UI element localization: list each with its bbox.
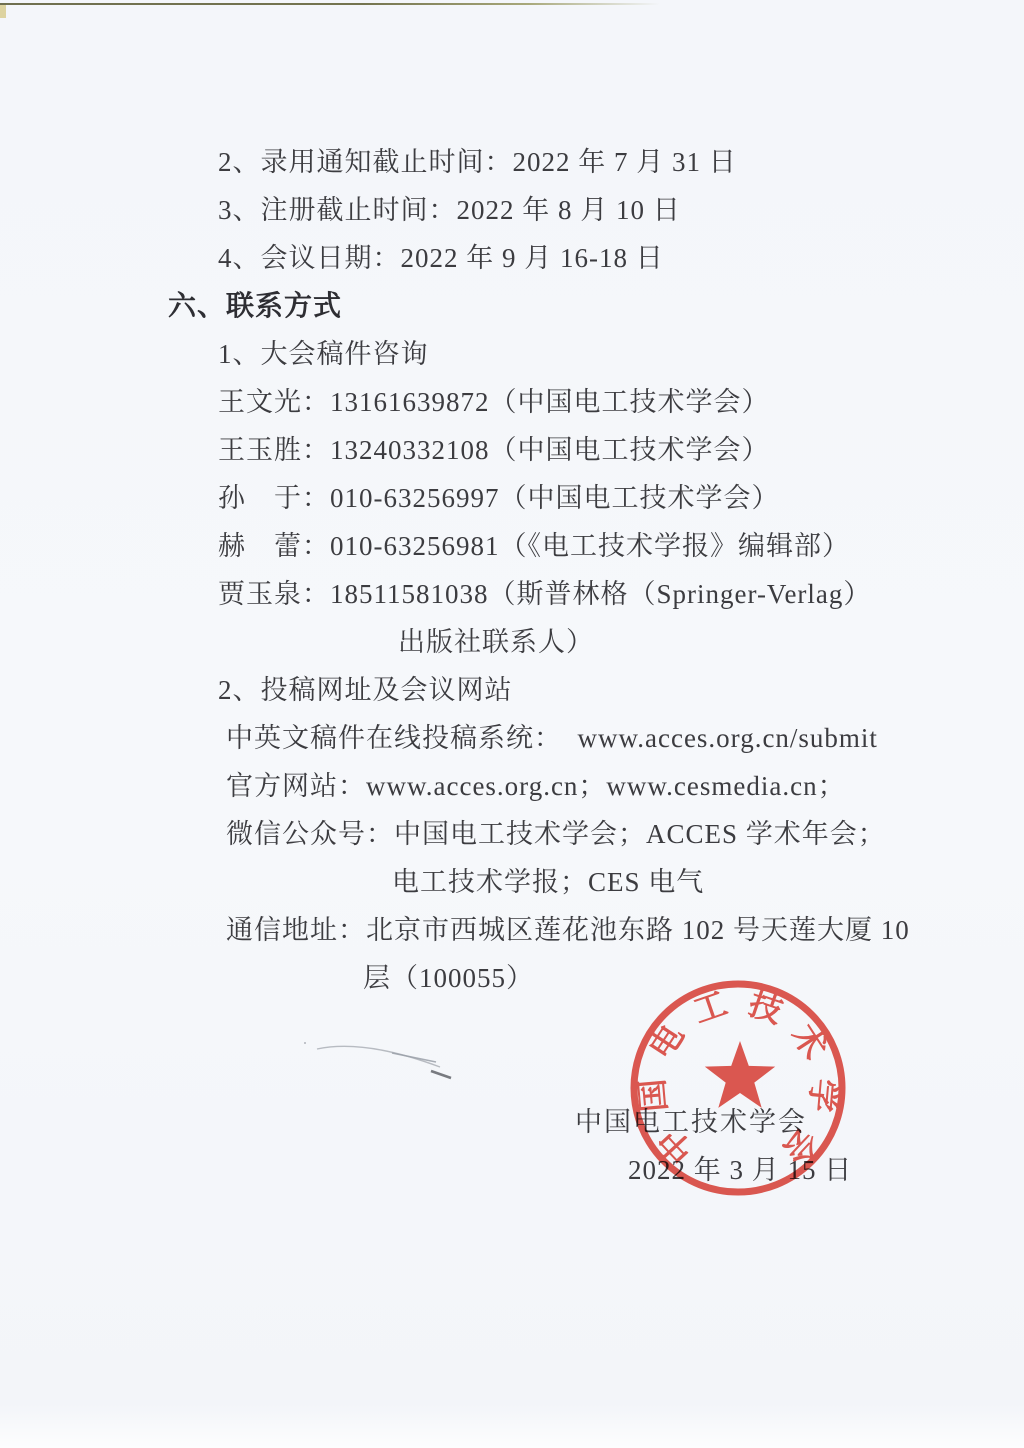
section-heading-contact: 六、联系方式 bbox=[0, 282, 1024, 330]
contact-line: 王文光：13161639872（中国电工技术学会） bbox=[0, 378, 1024, 426]
website-line-submission: 中英文稿件在线投稿系统： www.acces.org.cn/submit bbox=[0, 714, 1024, 762]
scan-artifact-corner bbox=[0, 5, 6, 18]
scan-artifact-top-edge bbox=[0, 3, 660, 5]
address-line: 通信地址：北京市西城区莲花池东路 102 号天莲大厦 10 bbox=[0, 906, 1024, 954]
subsection-title-websites: 2、投稿网址及会议网站 bbox=[0, 666, 1024, 714]
seal-star-icon bbox=[705, 1041, 775, 1108]
seal-char: 术 bbox=[784, 1018, 833, 1066]
deadline-item: 2、录用通知截止时间：2022 年 7 月 31 日 bbox=[0, 138, 1024, 186]
pencil-scratch-mark bbox=[300, 1038, 470, 1098]
seal-char: 国 bbox=[634, 1077, 674, 1113]
seal-char: 学 bbox=[802, 1077, 842, 1113]
contact-line: 孙 于：010-63256997（中国电工技术学会） bbox=[0, 474, 1024, 522]
seal-char: 中 bbox=[651, 1121, 701, 1170]
contact-line-continuation: 出版社联系人） bbox=[0, 618, 1024, 666]
deadline-item: 3、注册截止时间：2022 年 8 月 10 日 bbox=[0, 186, 1024, 234]
contact-line: 王玉胜：13240332108（中国电工技术学会） bbox=[0, 426, 1024, 474]
document-body: 2、录用通知截止时间：2022 年 7 月 31 日 3、注册截止时间：2022… bbox=[0, 138, 1024, 1002]
contact-line: 赫 蕾：010-63256981（《电工技术学报》编辑部） bbox=[0, 522, 1024, 570]
seal-char: 会 bbox=[775, 1121, 825, 1170]
website-line-wechat: 微信公众号：中国电工技术学会；ACCES 学术年会； bbox=[0, 810, 1024, 858]
official-seal: 中 国 电 工 技 术 学 会 bbox=[626, 976, 850, 1200]
seal-char: 电 bbox=[643, 1018, 692, 1066]
website-line-official: 官方网站：www.acces.org.cn；www.cesmedia.cn； bbox=[0, 762, 1024, 810]
deadline-item: 4、会议日期：2022 年 9 月 16-18 日 bbox=[0, 234, 1024, 282]
website-line-continuation: 电工技术学报；CES 电气 bbox=[0, 858, 1024, 906]
contact-line: 贾玉泉：18511581038（斯普林格（Springer-Verlag） bbox=[0, 570, 1024, 618]
scanned-document-page: 2、录用通知截止时间：2022 年 7 月 31 日 3、注册截止时间：2022… bbox=[0, 0, 1024, 1448]
address-line-continuation: 层（100055） bbox=[0, 954, 1024, 1002]
subsection-title-paper-inquiry: 1、大会稿件咨询 bbox=[0, 330, 1024, 378]
